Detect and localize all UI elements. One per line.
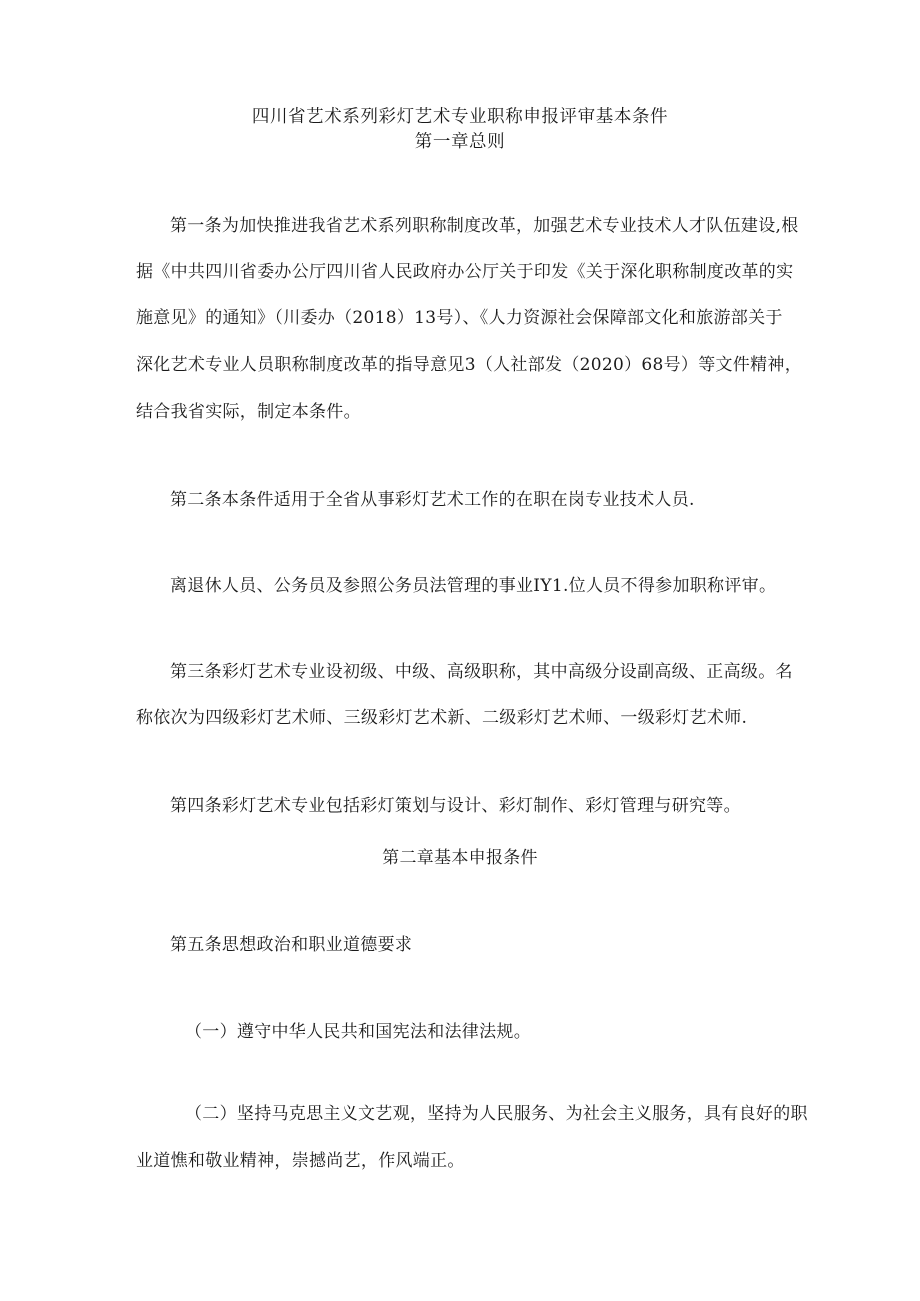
- article-2-note: 离退休人员、公务员及参照公务员法管理的事业IY1.位人员不得参加职称评审。: [170, 575, 776, 597]
- item-2-line: 业道憔和敬业精神，崇撼尚艺，作风端正。: [136, 1150, 465, 1172]
- article-1-line: 结合我省实际，制定本条件。: [136, 401, 361, 423]
- document-title: 四川省艺术系列彩灯艺术专业职称申报评审基本条件: [0, 106, 920, 128]
- article-4: 第四条彩灯艺术专业包括彩灯策划与设计、彩灯制作、彩灯管理与研究等。: [170, 795, 741, 817]
- article-3-line: 称依次为四级彩灯艺术师、三级彩灯艺术新、二级彩灯艺术师、一级彩灯艺术师.: [136, 707, 747, 729]
- article-1-line: 据《中共四川省委办公厅四川省人民政府办公厅关于印发《关于深化职称制度改革的实: [136, 261, 793, 283]
- article-3-line: 第三条彩灯艺术专业设初级、中级、高级职称，其中高级分设副高级、正高级。名: [170, 661, 793, 683]
- chapter-2-heading: 第二章基本申报条件: [0, 847, 920, 869]
- article-5: 第五条思想政治和职业道德要求: [170, 934, 412, 956]
- chapter-1-heading: 第一章总则: [0, 131, 920, 153]
- article-2: 第二条本条件适用于全省从事彩灯艺术工作的在职在岗专业技术人员.: [170, 489, 695, 511]
- item-2-line: （二）坚持马克思主义文艺观，坚持为人民服务、为社会主义服务，具有良好的职: [185, 1103, 808, 1125]
- article-1-line: 施意见》的通知》（川委办（2018）13号）、《人力资源社会保障部文化和旅游部关…: [136, 307, 783, 329]
- document-page: 四川省艺术系列彩灯艺术专业职称申报评审基本条件 第一章总则 第一条为加快推进我省…: [0, 0, 920, 1301]
- article-1-line: 第一条为加快推进我省艺术系列职称制度改革，加强艺术专业技术人才队伍建设,根: [170, 215, 799, 237]
- article-1-line: 深化艺术专业人员职称制度改革的指导意见3（人社部发（2020）68号）等文件精神…: [136, 354, 802, 376]
- item-1: （一）遵守中华人民共和国宪法和法律法规。: [185, 1021, 531, 1043]
